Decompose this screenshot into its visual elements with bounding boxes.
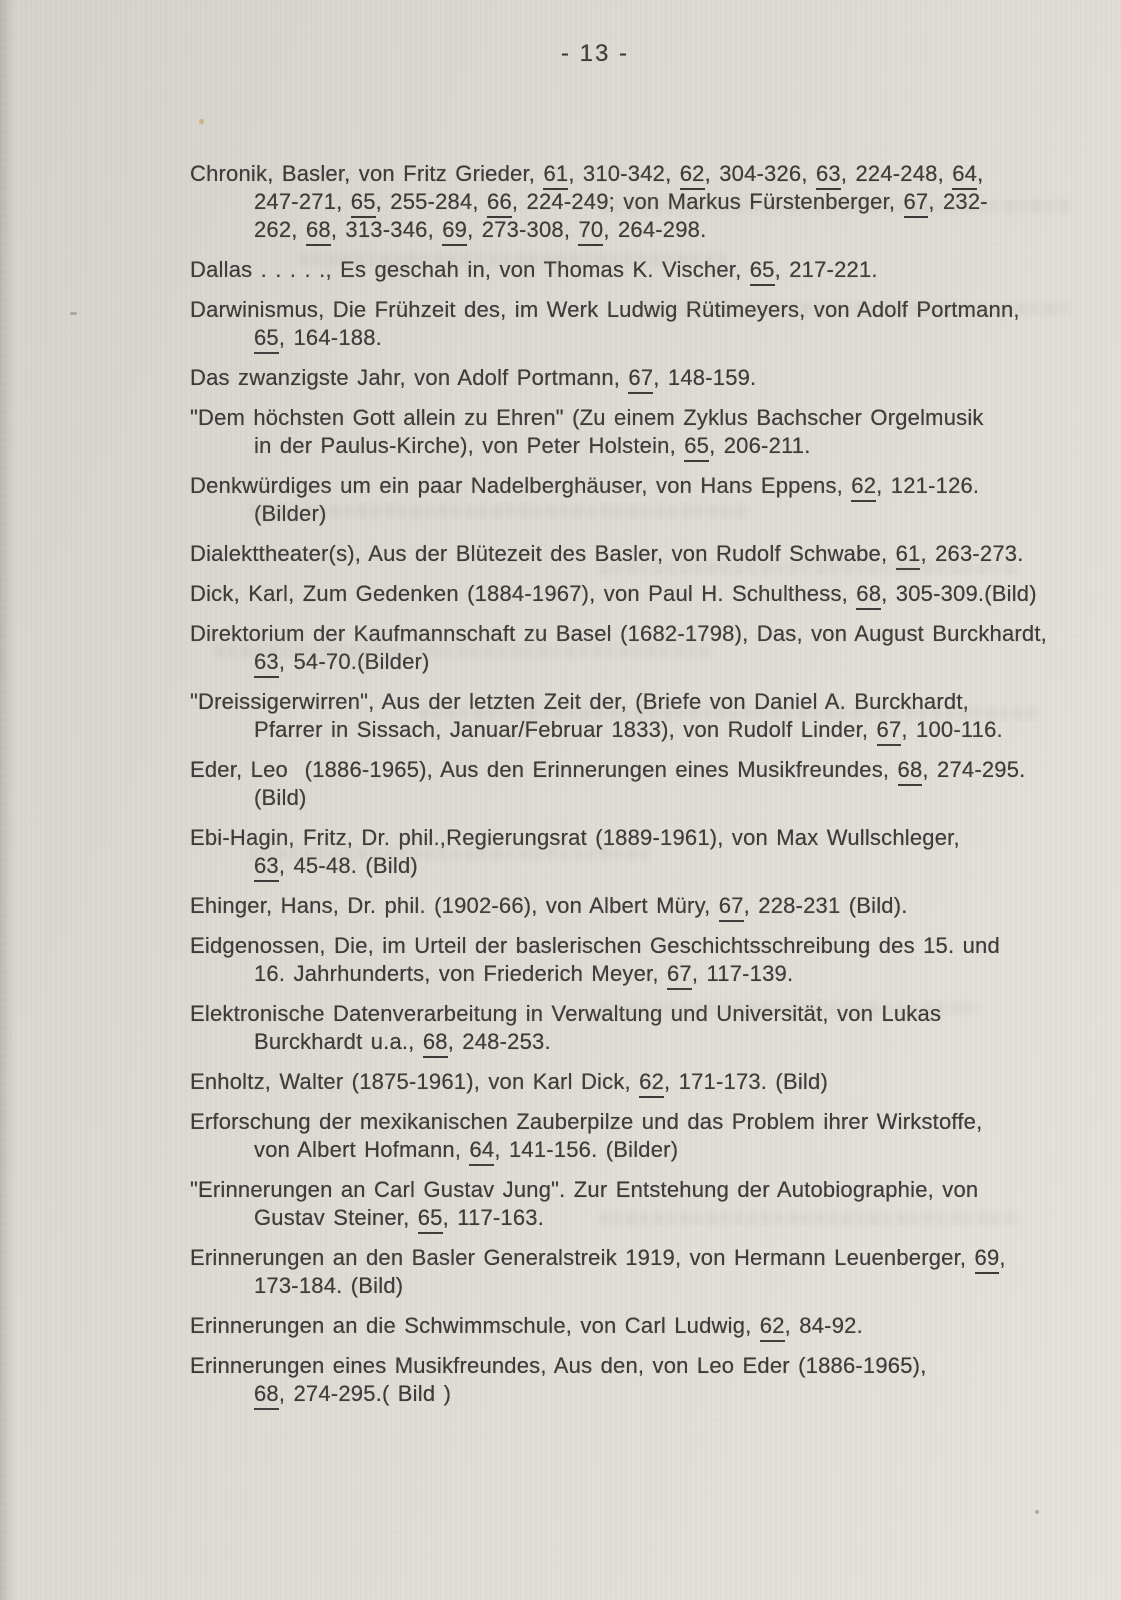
volume-number: 65 [254, 325, 279, 354]
entry-continuation-line: 262, 68, 313-346, 69, 273-308, 70, 264-2… [254, 216, 1090, 244]
index-entry: Eder, Leo (1886-1965), Aus den Erinnerun… [190, 756, 1090, 812]
volume-number: 64 [469, 1137, 494, 1166]
entry-first-line: Denkwürdiges um ein paar Nadelberghäuser… [190, 472, 1090, 500]
entry-continuation-line: 16. Jahrhunderts, von Friederich Meyer, … [254, 960, 1090, 988]
paper-speck [199, 119, 204, 124]
volume-number: 68 [306, 217, 331, 246]
entry-first-line: Das zwanzigste Jahr, von Adolf Portmann,… [190, 364, 1090, 392]
entry-first-line: Erinnerungen an den Basler Generalstreik… [190, 1244, 1090, 1272]
volume-number: 66 [487, 189, 512, 218]
volume-number: 69 [975, 1245, 1000, 1274]
entry-continuation-line: 65, 164-188. [254, 324, 1090, 352]
index-entry: Direktorium der Kaufmannschaft zu Basel … [190, 620, 1090, 676]
volume-number: 67 [904, 189, 929, 218]
volume-number: 70 [578, 217, 603, 246]
index-entry: "Dem höchsten Gott allein zu Ehren" (Zu … [190, 404, 1090, 460]
entry-continuation-line: Burckhardt u.a., 68, 248-253. [254, 1028, 1090, 1056]
entry-continuation-line: 68, 274-295.( Bild ) [254, 1380, 1090, 1408]
volume-number: 62 [680, 161, 705, 190]
entry-continuation-line: (Bild) [254, 784, 1090, 812]
index-entry: Erinnerungen an den Basler Generalstreik… [190, 1244, 1090, 1300]
index-entry: Ehinger, Hans, Dr. phil. (1902-66), von … [190, 892, 1090, 920]
entry-continuation-line: 63, 54-70.(Bilder) [254, 648, 1090, 676]
volume-number: 62 [760, 1313, 785, 1342]
index-entry: Erinnerungen an die Schwimmschule, von C… [190, 1312, 1090, 1340]
index-entry: Dialekttheater(s), Aus der Blütezeit des… [190, 540, 1090, 568]
volume-number: 65 [418, 1205, 443, 1234]
entry-first-line: Dialekttheater(s), Aus der Blütezeit des… [190, 540, 1090, 568]
volume-number: 67 [667, 961, 692, 990]
index-entry: "Erinnerungen an Carl Gustav Jung". Zur … [190, 1176, 1090, 1232]
entry-first-line: Ehinger, Hans, Dr. phil. (1902-66), von … [190, 892, 1090, 920]
index-entry: "Dreissigerwirren", Aus der letzten Zeit… [190, 688, 1090, 744]
entry-first-line: Erinnerungen eines Musikfreundes, Aus de… [190, 1352, 1090, 1380]
entry-continuation-line: in der Paulus-Kirche), von Peter Holstei… [254, 432, 1090, 460]
index-entry: Dick, Karl, Zum Gedenken (1884-1967), vo… [190, 580, 1090, 608]
index-entry: Dallas . . . . ., Es geschah in, von Tho… [190, 256, 1090, 284]
volume-number: 61 [896, 541, 921, 570]
index-entry: Ebi-Hagin, Fritz, Dr. phil.,Regierungsra… [190, 824, 1090, 880]
entry-continuation-line: von Albert Hofmann, 64, 141-156. (Bilder… [254, 1136, 1090, 1164]
entry-first-line: "Dem höchsten Gott allein zu Ehren" (Zu … [190, 404, 1090, 432]
entry-first-line: Eidgenossen, Die, im Urteil der basleris… [190, 932, 1090, 960]
volume-number: 67 [877, 717, 902, 746]
entry-continuation-line: (Bilder) [254, 500, 1090, 528]
volume-number: 68 [898, 757, 923, 786]
entry-first-line: Chronik, Basler, von Fritz Grieder, 61, … [190, 160, 1090, 188]
paper-speck [70, 312, 77, 315]
volume-number: 68 [254, 1381, 279, 1410]
paper-speck [1035, 1510, 1039, 1514]
volume-number: 61 [543, 161, 568, 190]
entry-first-line: Erinnerungen an die Schwimmschule, von C… [190, 1312, 1090, 1340]
volume-number: 65 [750, 257, 775, 286]
volume-number: 65 [351, 189, 376, 218]
page-number: - 13 - [515, 40, 675, 68]
volume-number: 63 [254, 853, 279, 882]
index-entry: Chronik, Basler, von Fritz Grieder, 61, … [190, 160, 1090, 244]
volume-number: 63 [816, 161, 841, 190]
index-entry: Darwinismus, Die Frühzeit des, im Werk L… [190, 296, 1090, 352]
volume-number: 67 [719, 893, 744, 922]
entry-continuation-line: 63, 45-48. (Bild) [254, 852, 1090, 880]
entry-first-line: Enholtz, Walter (1875-1961), von Karl Di… [190, 1068, 1090, 1096]
entry-first-line: Erforschung der mexikanischen Zauberpilz… [190, 1108, 1090, 1136]
entry-first-line: Darwinismus, Die Frühzeit des, im Werk L… [190, 296, 1090, 324]
volume-number: 69 [442, 217, 467, 246]
index-entry: Erinnerungen eines Musikfreundes, Aus de… [190, 1352, 1090, 1408]
entry-first-line: Direktorium der Kaufmannschaft zu Basel … [190, 620, 1090, 648]
entry-first-line: Elektronische Datenverarbeitung in Verwa… [190, 1000, 1090, 1028]
index-entries: Chronik, Basler, von Fritz Grieder, 61, … [190, 160, 1090, 1420]
volume-number: 67 [628, 365, 653, 394]
entry-continuation-line: 173-184. (Bild) [254, 1272, 1090, 1300]
index-entry: Elektronische Datenverarbeitung in Verwa… [190, 1000, 1090, 1056]
entry-first-line: Dallas . . . . ., Es geschah in, von Tho… [190, 256, 1090, 284]
index-entry: Denkwürdiges um ein paar Nadelberghäuser… [190, 472, 1090, 528]
scan-edge-shadow [0, 0, 16, 1600]
volume-number: 65 [684, 433, 709, 462]
entry-first-line: Dick, Karl, Zum Gedenken (1884-1967), vo… [190, 580, 1090, 608]
entry-first-line: Ebi-Hagin, Fritz, Dr. phil.,Regierungsra… [190, 824, 1090, 852]
volume-number: 68 [423, 1029, 448, 1058]
entry-continuation-line: Gustav Steiner, 65, 117-163. [254, 1204, 1090, 1232]
entry-continuation-line: 247-271, 65, 255-284, 66, 224-249; von M… [254, 188, 1090, 216]
volume-number: 64 [952, 161, 977, 190]
index-entry: Eidgenossen, Die, im Urteil der basleris… [190, 932, 1090, 988]
index-entry: Enholtz, Walter (1875-1961), von Karl Di… [190, 1068, 1090, 1096]
volume-number: 63 [254, 649, 279, 678]
volume-number: 62 [639, 1069, 664, 1098]
entry-continuation-line: Pfarrer in Sissach, Januar/Februar 1833)… [254, 716, 1090, 744]
entry-first-line: Eder, Leo (1886-1965), Aus den Erinnerun… [190, 756, 1090, 784]
volume-number: 62 [851, 473, 876, 502]
index-entry: Erforschung der mexikanischen Zauberpilz… [190, 1108, 1090, 1164]
scanned-page: - 13 - Chronik, Basler, von Fritz Griede… [0, 0, 1121, 1600]
entry-first-line: "Dreissigerwirren", Aus der letzten Zeit… [190, 688, 1090, 716]
volume-number: 68 [856, 581, 881, 610]
entry-first-line: "Erinnerungen an Carl Gustav Jung". Zur … [190, 1176, 1090, 1204]
index-entry: Das zwanzigste Jahr, von Adolf Portmann,… [190, 364, 1090, 392]
